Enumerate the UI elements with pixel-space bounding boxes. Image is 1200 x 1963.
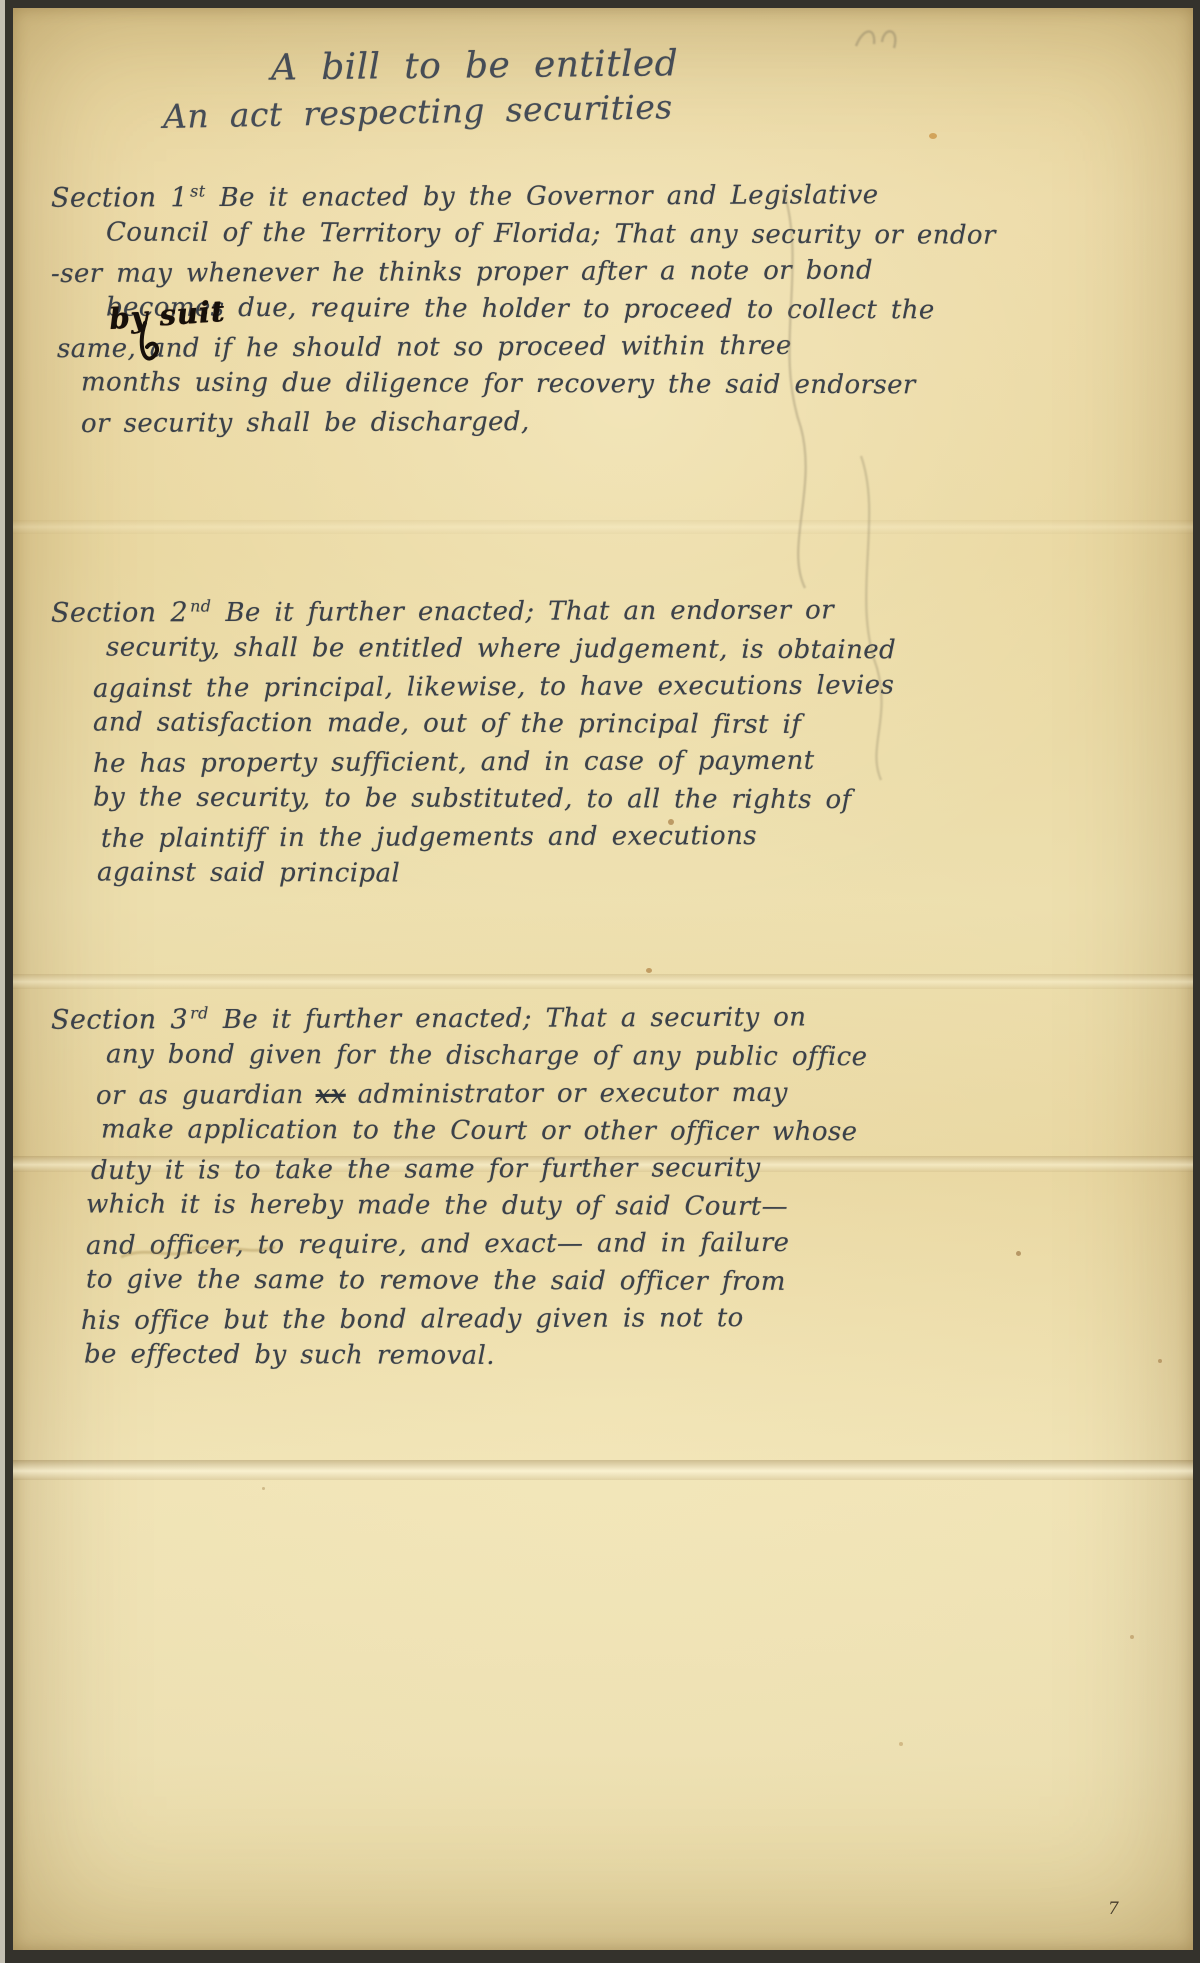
- fox-spot: [262, 1487, 265, 1490]
- caret-mark: [135, 321, 175, 373]
- scan-edge: [0, 0, 5, 1963]
- fox-spot: [1130, 1635, 1134, 1639]
- section-3: Section 3rdBe it further enacted; That a…: [51, 993, 1011, 1376]
- fox-spot: [1016, 1251, 1021, 1256]
- line-text-before-strike: or as guardian: [96, 1080, 304, 1111]
- manuscript-line: Section 2ndBe it further enacted; That a…: [51, 584, 1011, 633]
- fold-crease: [13, 520, 1193, 534]
- manuscript-line: any bond given for the discharge of any …: [51, 1036, 1011, 1077]
- section-2: Section 2ndBe it further enacted; That a…: [51, 586, 1011, 894]
- section-label: Section 3: [51, 1004, 188, 1036]
- section-label: Section 1: [51, 182, 188, 214]
- manuscript-line: make application to the Court or other o…: [51, 1111, 1011, 1152]
- struck-out-word: xx: [316, 1079, 346, 1109]
- manuscript-line: and officer, to require, and exact— and …: [51, 1224, 1011, 1266]
- fox-spot: [646, 968, 652, 973]
- manuscript-line: same, and if he should not so proceed wi…: [51, 327, 1011, 369]
- manuscript-page: A bill to be entitled An act respecting …: [13, 8, 1193, 1950]
- section-first-line-text: Be it further enacted; That an endorser …: [225, 595, 834, 628]
- manuscript-line: his office but the bond already given is…: [51, 1299, 1011, 1341]
- manuscript-line: the plaintiff in the judgements and exec…: [51, 817, 1011, 859]
- page-number: 7: [1108, 1899, 1119, 1919]
- fox-spot: [1158, 1359, 1162, 1363]
- section-1: Section 1stBe it enacted by the Governor…: [51, 171, 1011, 441]
- manuscript-line: against said principal: [51, 854, 1011, 895]
- manuscript-line: Council of the Territory of Florida; Tha…: [51, 214, 1011, 255]
- line-text-after-strike: administrator or executor may: [358, 1078, 788, 1110]
- section-first-line-text: Be it further enacted; That a security o…: [223, 1002, 807, 1035]
- manuscript-line: he has property sufficient, and in case …: [51, 742, 1011, 784]
- section-first-line-text: Be it enacted by the Governor and Legisl…: [219, 180, 878, 213]
- manuscript-line: security, shall be entitled where judgem…: [51, 629, 1011, 670]
- manuscript-line: Section 1stBe it enacted by the Governor…: [51, 169, 1011, 218]
- manuscript-line: which it is hereby made the duty of said…: [51, 1186, 1011, 1227]
- manuscript-line: to give the same to remove the said offi…: [51, 1261, 1011, 1302]
- title-line-2: An act respecting securities: [163, 85, 679, 139]
- manuscript-line: Section 3rdBe it further enacted; That a…: [51, 991, 1011, 1040]
- section-ordinal: nd: [190, 596, 211, 615]
- manuscript-line: against the principal, likewise, to have…: [51, 667, 1011, 709]
- fox-spot: [899, 1742, 903, 1746]
- document-title: A bill to be entitled An act respecting …: [163, 44, 678, 134]
- manuscript-line: be effected by such removal.: [51, 1336, 1011, 1377]
- section-ordinal: rd: [190, 1003, 209, 1022]
- manuscript-line: or as guardianxxadministrator or executo…: [51, 1074, 1011, 1116]
- manuscript-line: -ser may whenever he thinks proper after…: [51, 252, 1011, 294]
- manuscript-line: and satisfaction made, out of the princi…: [51, 704, 1011, 745]
- section-label: Section 2: [51, 597, 188, 629]
- manuscript-line: or security shall be discharged,: [51, 402, 1011, 444]
- pencil-smudge: [848, 16, 908, 64]
- manuscript-line: duty it is to take the same for further …: [51, 1149, 1011, 1191]
- manuscript-line: by the security, to be substituted, to a…: [51, 779, 1011, 820]
- title-line-1: A bill to be entitled: [163, 41, 679, 92]
- manuscript-line: months using due diligence for recovery …: [51, 364, 1011, 405]
- fold-crease: [13, 1460, 1193, 1480]
- fox-spot: [929, 133, 937, 139]
- fold-crease: [13, 974, 1193, 989]
- section-ordinal: st: [190, 181, 206, 200]
